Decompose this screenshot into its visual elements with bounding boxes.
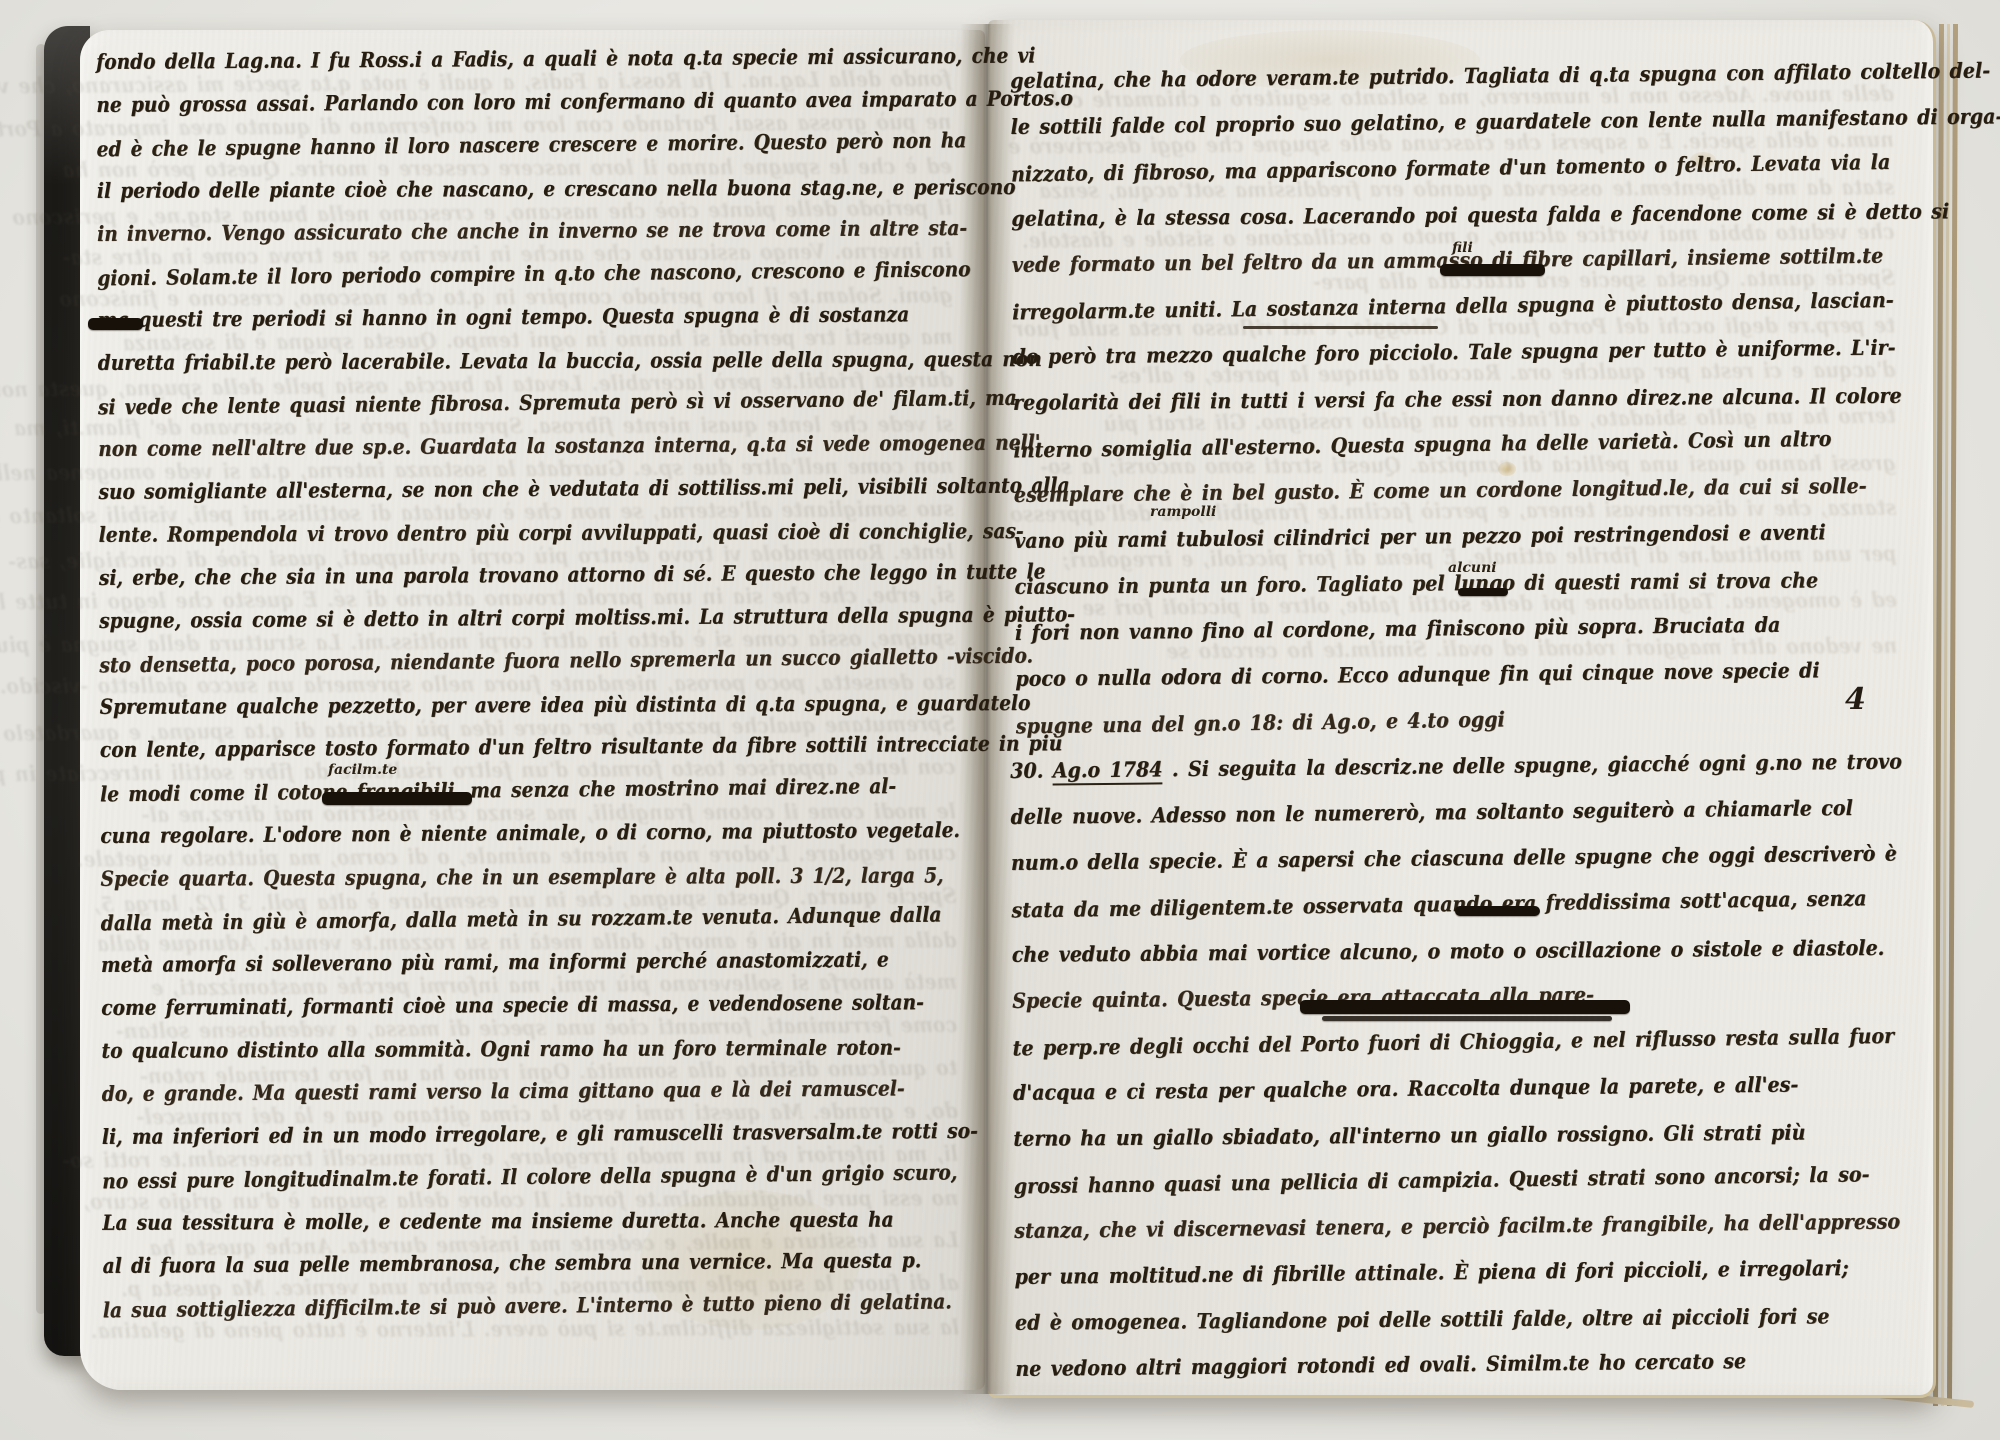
manuscript-line: metà amorfa si solleverano più rami, ma … xyxy=(101,937,893,985)
manuscript-line: sto densetta, poco porosa, niendante fuo… xyxy=(99,635,891,686)
manuscript-line: li, ma inferiori ed in un modo irregolar… xyxy=(102,1109,894,1157)
manuscript-line: to qualcuno distinto alla sommità. Ogni … xyxy=(101,1026,893,1072)
manuscript-line: Spremutane qualche pezzetto, per avere i… xyxy=(100,682,892,728)
strikethrough-mark xyxy=(1440,264,1545,276)
interline-note-facilmte: facilm.te xyxy=(328,762,397,778)
folio-number: 4 xyxy=(1845,682,1866,717)
manuscript-line: duretta friabil.te però lacerabile. Leva… xyxy=(98,338,890,384)
manuscript-line: suo somigliante all'esterna, se non che … xyxy=(98,464,890,512)
manuscript-line: no essi pure longitudinalm.te forati. Il… xyxy=(102,1151,894,1202)
manuscript-line: do, e grande. Ma questi rami verso la ci… xyxy=(102,1066,894,1114)
entry-date-rest: . Si seguita la descriz.ne delle spugne,… xyxy=(1162,748,1902,781)
manuscript-line: ed è omogenea. Tagliandone poi delle sot… xyxy=(1015,1293,1852,1346)
journal-entry-1784-08-30: 30. Ag.o 1784 . Si seguita la descriz.ne… xyxy=(1010,739,1853,1392)
strikethrough-mark xyxy=(1322,1016,1612,1021)
manuscript-line: ne vedono altri maggiori rotondi ed oval… xyxy=(1015,1337,1852,1392)
entry-body: delle nuove. Adesso non le numererò, ma … xyxy=(1010,785,1852,1392)
manuscript-photo: fondo della Lag.na. I fu Ross.i a Fadis,… xyxy=(0,0,2000,1440)
manuscript-line: ne può grossa assai. Parlando con loro m… xyxy=(96,78,888,126)
manuscript-line: cuna regolare. L'odore non è niente anim… xyxy=(100,808,892,856)
manuscript-line: dalla metà in giù è amorfa, dalla metà i… xyxy=(101,893,893,944)
strikethrough-mark xyxy=(1458,588,1508,596)
manuscript-line: vano più rami tubulosi cilindrici per un… xyxy=(1014,509,1851,564)
manuscript-line: per una moltitud.ne di fibrille attinale… xyxy=(1014,1245,1851,1300)
underline-mark xyxy=(1243,326,1438,329)
interline-note-fili: fili xyxy=(1452,240,1473,256)
left-page-text: fondo della Lag.na. I fu Ross.i a Fadis,… xyxy=(96,35,895,1373)
manuscript-line: gioni. Solam.te il loro periodo compire … xyxy=(97,248,889,299)
manuscript-line: ciascuno in punta un foro. Tagliato pel … xyxy=(1014,557,1851,610)
manuscript-line: che veduto abbia mai vortice alcuno, o m… xyxy=(1012,925,1849,978)
manuscript-line: non come nell'altre due sp.e. Guardata l… xyxy=(98,421,890,469)
strikethrough-mark xyxy=(1300,1000,1630,1014)
manuscript-line: ed è che le spugne hanno il loro nascere… xyxy=(96,119,888,170)
manuscript-line: spugne, ossia come si è detto in altri c… xyxy=(99,593,891,641)
manuscript-line: in inverno. Vengo assicurato che anche i… xyxy=(97,206,889,254)
manuscript-line: gelatina, è la stessa cosa. Lacerando po… xyxy=(1011,189,1848,242)
manuscript-line: fondo della Lag.na. I fu Ross.i a Fadis,… xyxy=(96,35,888,83)
manuscript-line: ma questi tre periodi si hanno in ogni t… xyxy=(97,292,889,340)
manuscript-line: al di fuora la sua pelle membranosa, che… xyxy=(102,1238,894,1286)
manuscript-line: come ferruminati, formanti cioè una spec… xyxy=(101,980,893,1028)
manuscript-line xyxy=(103,1324,895,1372)
manuscript-line: Specie quarta. Questa spugna, che in un … xyxy=(100,854,892,900)
manuscript-line: La sua tessitura è molle, e cedente ma i… xyxy=(102,1198,894,1244)
entry-date-day: 30. xyxy=(1010,758,1053,783)
right-page-text-block1: gelatina, che ha odore veram.te putrido.… xyxy=(1010,49,1853,748)
manuscript-line: la sua sottigliezza difficilm.te si può … xyxy=(103,1280,895,1331)
interline-note-rampolli: rampolli xyxy=(1150,504,1216,520)
manuscript-line: il periodo delle piante cioè che nascano… xyxy=(97,166,889,212)
manuscript-line: con lente, apparisce tosto formato d'un … xyxy=(100,722,892,770)
interline-note-alcuni: alcuni xyxy=(1448,560,1497,576)
manuscript-line: le modi come il cotone frangibili, ma se… xyxy=(100,764,892,815)
manuscript-line: lente. Rompendola vi trovo dentro più co… xyxy=(99,510,891,556)
manuscript-line: si, erbe, che che sia in una parola trov… xyxy=(99,550,891,598)
entry-date-underlined: Ag.o 1784 xyxy=(1053,756,1163,785)
manuscript-line: si vede che lente quasi niente fibrosa. … xyxy=(98,377,890,428)
strikethrough-mark xyxy=(1455,906,1540,916)
strikethrough-mark xyxy=(88,318,143,330)
strikethrough-mark xyxy=(322,792,472,805)
